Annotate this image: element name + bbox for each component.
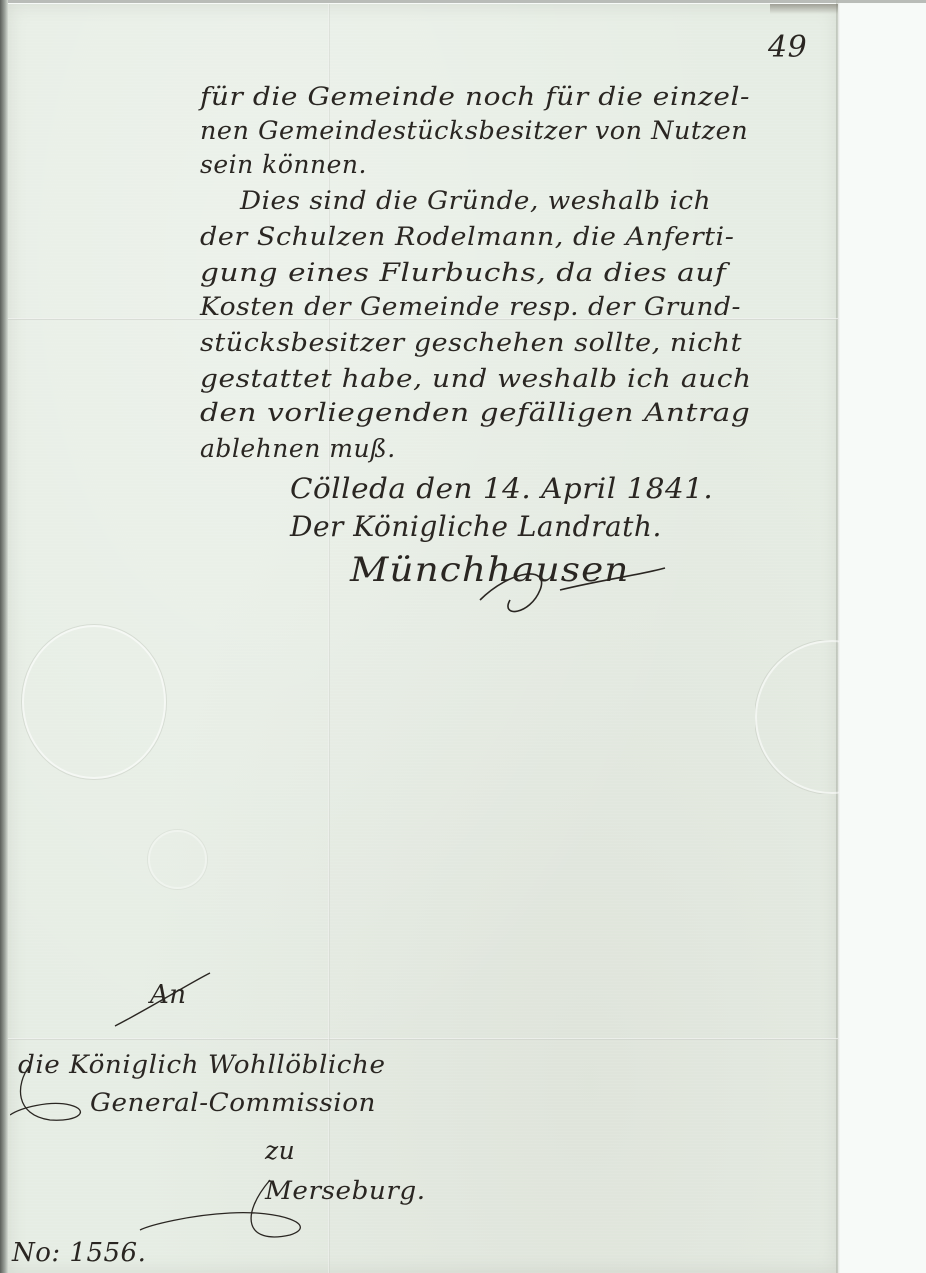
- body-line: Kosten der Gemeinde resp. der Grund-: [200, 292, 741, 321]
- body-line: sein können.: [200, 150, 367, 179]
- address-flourish: [130, 1175, 310, 1255]
- reference-number: No: 1556.: [12, 1238, 146, 1268]
- body-line: gung eines Flurbuchs, da dies auf: [200, 258, 726, 287]
- address-line-3: zu: [265, 1136, 295, 1165]
- page-right-edge: [836, 0, 840, 1273]
- signature-flourish: [470, 560, 670, 620]
- page-left-edge: [0, 0, 8, 1273]
- place-date: Cölleda den 14. April 1841.: [290, 472, 713, 505]
- embossed-seal-mark: [755, 640, 909, 794]
- body-line: der Schulzen Rodelmann, die Anferti-: [200, 222, 734, 251]
- body-line: ablehnen muß.: [200, 434, 396, 463]
- scan-border: [0, 0, 926, 3]
- body-line: für die Gemeinde noch für die einzel-: [200, 82, 750, 111]
- page-number: 49: [768, 30, 807, 65]
- address-flourish: [110, 968, 230, 1028]
- address-flourish: [10, 1060, 100, 1130]
- body-line: stücksbesitzer geschehen sollte, nicht: [200, 328, 742, 357]
- body-line: Dies sind die Gründe, weshalb ich: [240, 186, 711, 215]
- body-line: den vorliegenden gefälligen Antrag: [200, 398, 750, 427]
- issuer-title: Der Königliche Landrath.: [290, 510, 662, 543]
- embossed-seal-mark: [22, 625, 166, 779]
- body-line: gestattet habe, und weshalb ich auch: [200, 364, 752, 393]
- body-line: nen Gemeindestücksbesitzer von Nutzen: [200, 116, 748, 145]
- fold-line: [8, 1038, 838, 1040]
- paper-stain: [770, 4, 838, 14]
- address-line-2: General-Commission: [90, 1088, 376, 1117]
- embossed-seal-mark: [148, 830, 207, 889]
